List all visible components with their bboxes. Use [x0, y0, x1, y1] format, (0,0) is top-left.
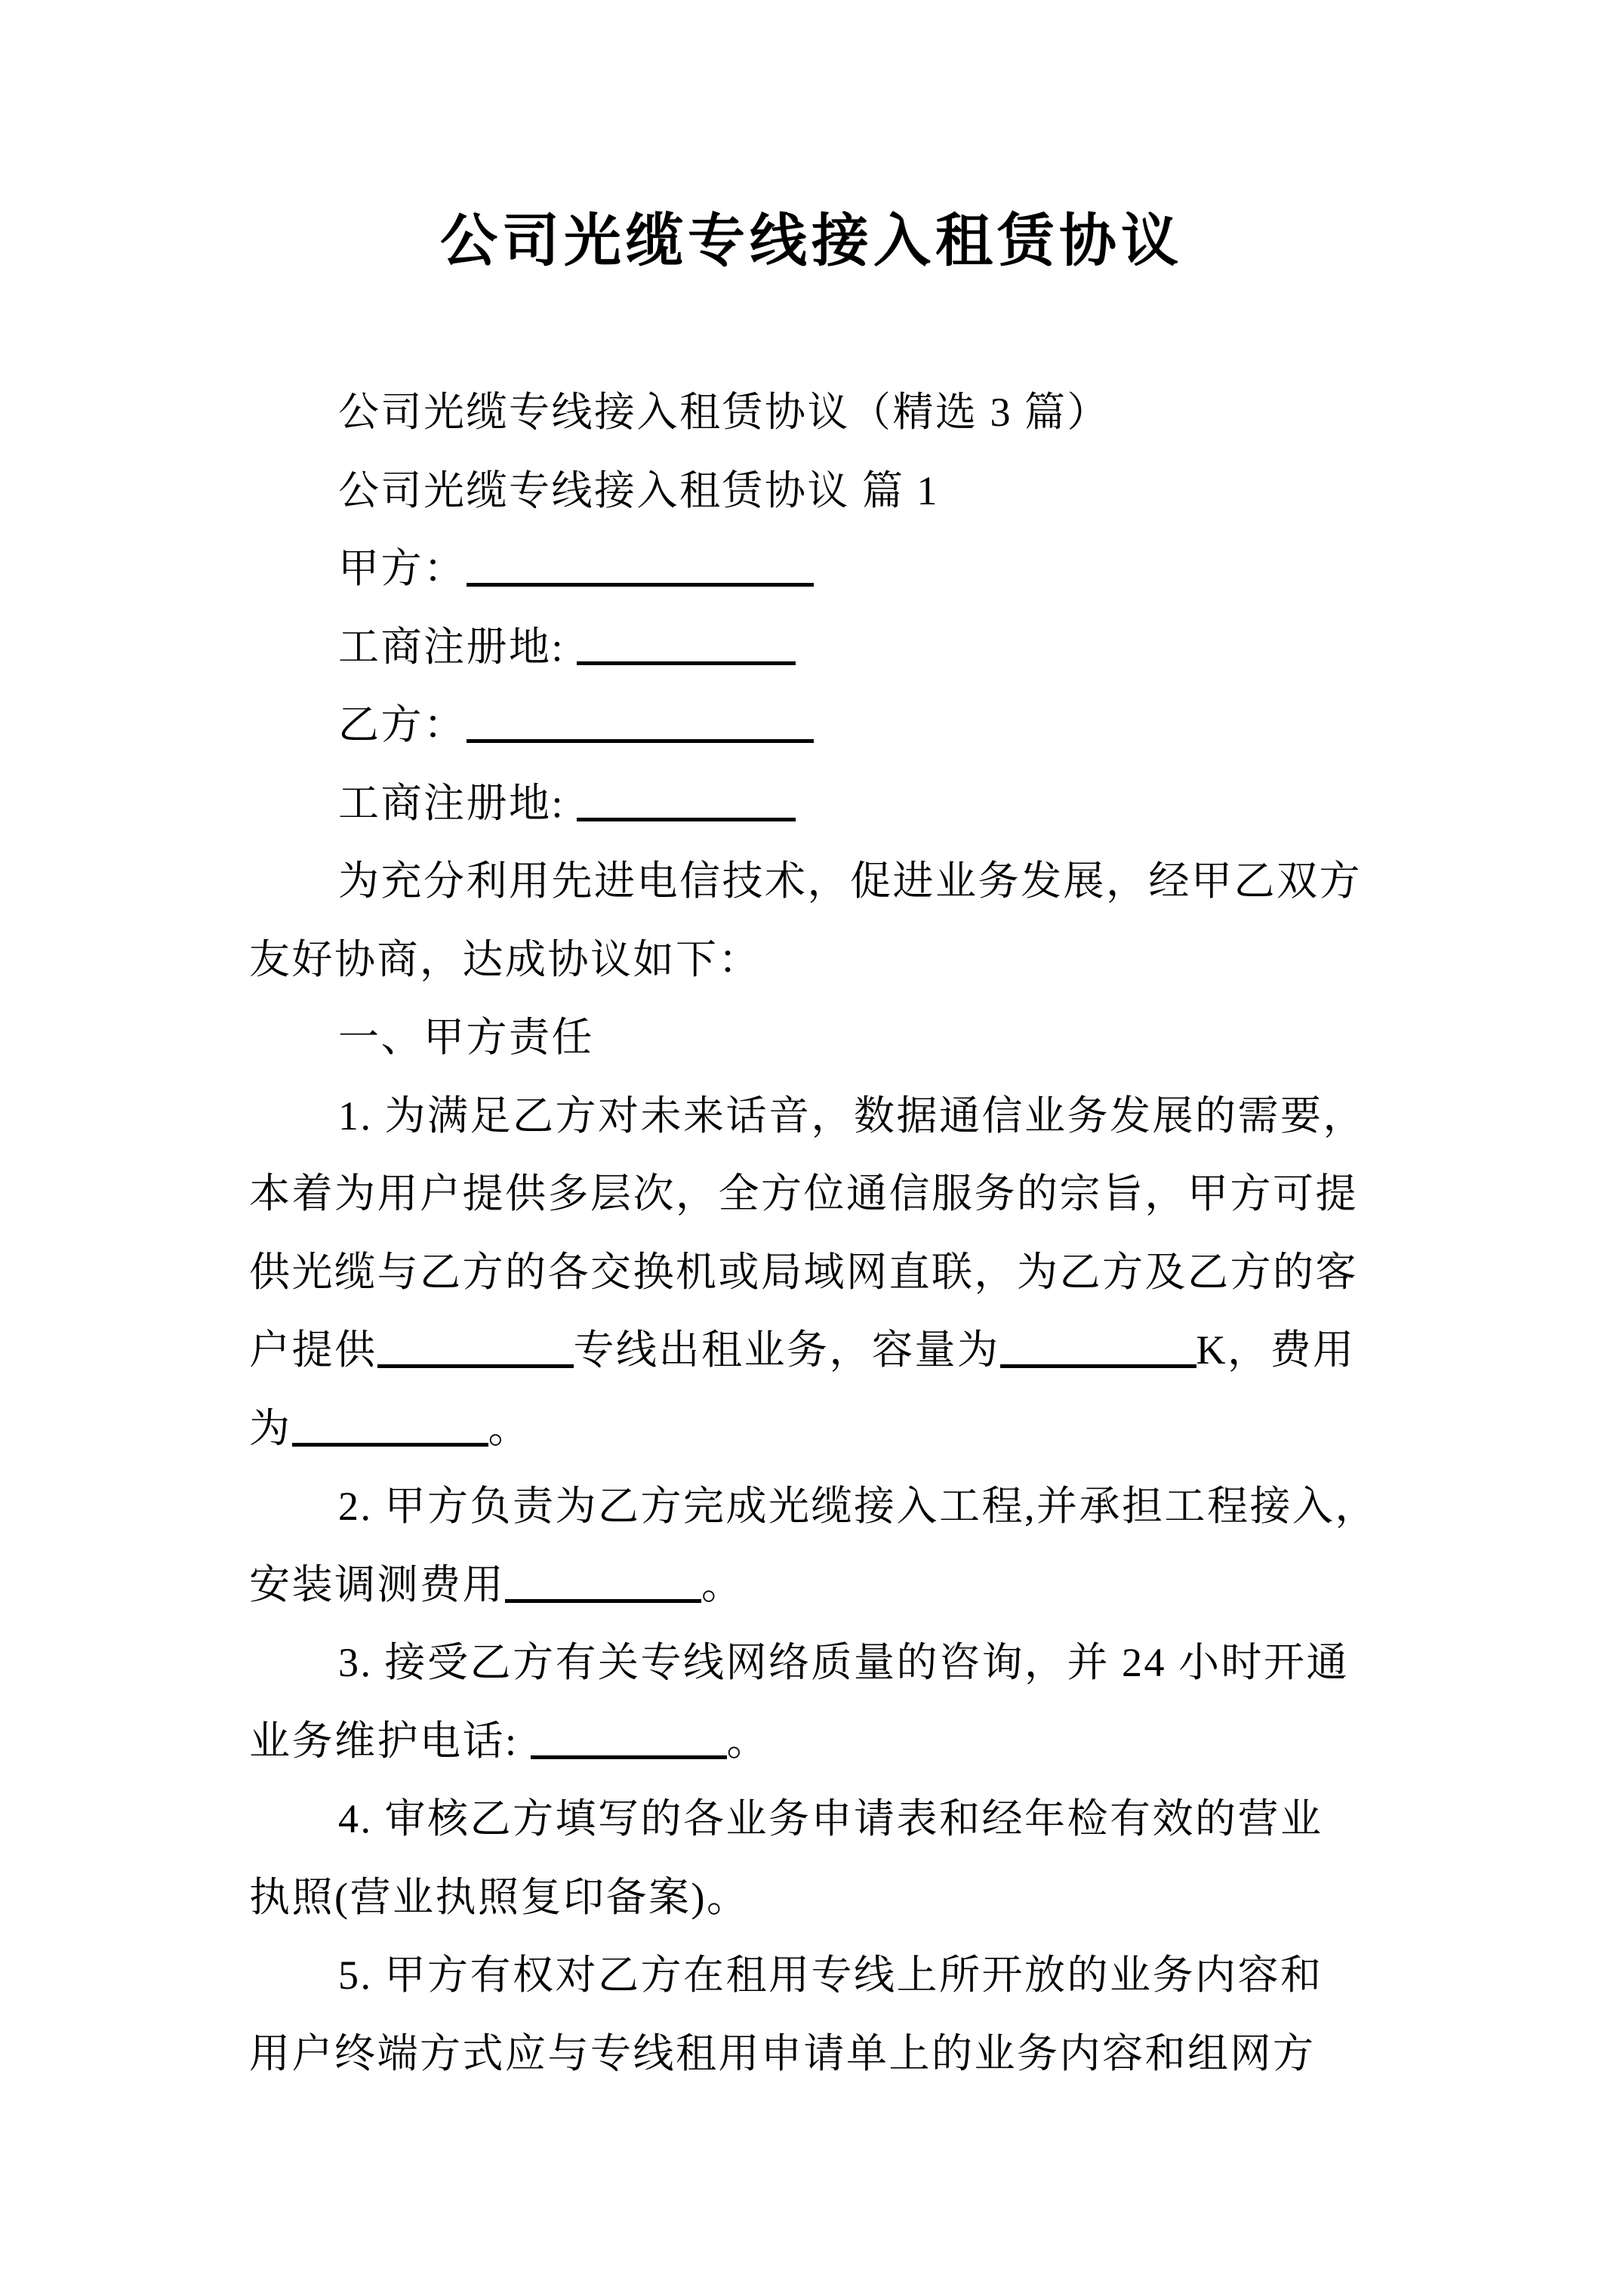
line-text: 友好协商，达成协议如下：: [249, 937, 761, 982]
text-line: 3. 接受乙方有关专线网络质量的咨询，并 24 小时开通: [249, 1624, 1412, 1703]
page-title: 公司光缆专线接入租赁协议: [0, 0, 1623, 302]
line-text: 为充分利用先进电信技术，促进业务发展，经甲乙双方: [338, 858, 1362, 904]
text-line: 公司光缆专线接入租赁协议 篇 1: [249, 452, 1412, 531]
line-text: 2. 甲方负责为乙方完成光缆接入工程,并承担工程接入，: [338, 1484, 1378, 1529]
line-text: 公司光缆专线接入租赁协议（精选 3 篇）: [338, 390, 1110, 435]
text-line: 公司光缆专线接入租赁协议（精选 3 篇）: [249, 374, 1412, 452]
fill-in-blank: [577, 661, 796, 665]
fill-in-blank: [577, 818, 796, 821]
line-text: 一、甲方责任: [338, 1015, 594, 1060]
text-line: 乙方：: [249, 686, 1412, 765]
text-line: 业务维护电话: 。: [249, 1703, 1412, 1781]
text-line: 户提供专线出租业务，容量为K，费用: [249, 1311, 1412, 1390]
text-line: 为。: [249, 1390, 1412, 1469]
line-text: 5. 甲方有权对乙方在租用专线上所开放的业务内容和: [338, 1952, 1323, 1998]
text-line: 用户终端方式应与专线租用申请单上的业务内容和组网方: [249, 2015, 1412, 2094]
line-text: 执照(营业执照复印备案)。: [249, 1875, 749, 1920]
text-line: 1. 为满足乙方对未来话音，数据通信业务发展的需要，: [249, 1077, 1412, 1156]
fill-in-blank: [505, 1599, 701, 1603]
fill-in-blank: [467, 739, 814, 743]
line-text: 。: [701, 1562, 744, 1607]
text-line: 工商注册地:: [249, 765, 1412, 843]
fill-in-blank: [531, 1755, 727, 1759]
line-text: 用户终端方式应与专线租用申请单上的业务内容和组网方: [249, 2031, 1316, 2076]
fill-in-blank: [467, 583, 814, 587]
text-line: 安装调测费用。: [249, 1546, 1412, 1625]
fill-in-blank: [377, 1364, 574, 1368]
text-line: 为充分利用先进电信技术，促进业务发展，经甲乙双方: [249, 843, 1412, 921]
line-text: 业务维护电话:: [249, 1718, 531, 1764]
line-text: 公司光缆专线接入租赁协议 篇 1: [338, 468, 939, 513]
line-text: 。: [727, 1718, 770, 1764]
text-line: 供光缆与乙方的各交换机或局域网直联，为乙方及乙方的客: [249, 1234, 1412, 1312]
document-page: 公司光缆专线接入租赁协议 公司光缆专线接入租赁协议（精选 3 篇）公司光缆专线接…: [0, 0, 1623, 2296]
line-text: 安装调测费用: [249, 1562, 505, 1607]
text-line: 执照(营业执照复印备案)。: [249, 1859, 1412, 1937]
fill-in-blank: [1000, 1364, 1196, 1368]
line-text: K，费用: [1196, 1327, 1356, 1373]
line-text: 本着为用户提供多层次，全方位通信服务的宗旨，甲方可提: [249, 1171, 1358, 1216]
document-body: 公司光缆专线接入租赁协议（精选 3 篇）公司光缆专线接入租赁协议 篇 1甲方：工…: [0, 302, 1623, 2093]
line-text: 1. 为满足乙方对未来话音，数据通信业务发展的需要，: [338, 1093, 1366, 1139]
line-text: 4. 审核乙方填写的各业务申请表和经年检有效的营业: [338, 1796, 1323, 1841]
line-text: 供光缆与乙方的各交换机或局域网直联，为乙方及乙方的客: [249, 1250, 1358, 1295]
line-text: 专线出租业务，容量为: [574, 1327, 1000, 1373]
text-line: 甲方：: [249, 530, 1412, 609]
line-text: 工商注册地:: [338, 624, 577, 670]
text-line: 一、甲方责任: [249, 999, 1412, 1077]
line-text: 3. 接受乙方有关专线网络质量的咨询，并 24 小时开通: [338, 1640, 1349, 1685]
line-text: 为: [249, 1406, 292, 1451]
line-text: 户提供: [249, 1327, 377, 1373]
text-line: 工商注册地:: [249, 609, 1412, 687]
line-text: 工商注册地:: [338, 781, 577, 826]
line-text: 。: [488, 1406, 531, 1451]
line-text: 乙方：: [338, 702, 467, 747]
text-line: 友好协商，达成协议如下：: [249, 921, 1412, 1000]
text-line: 2. 甲方负责为乙方完成光缆接入工程,并承担工程接入，: [249, 1468, 1412, 1546]
line-text: 甲方：: [338, 546, 467, 591]
text-line: 4. 审核乙方填写的各业务申请表和经年检有效的营业: [249, 1780, 1412, 1859]
text-line: 5. 甲方有权对乙方在租用专线上所开放的业务内容和: [249, 1937, 1412, 2015]
fill-in-blank: [292, 1443, 488, 1447]
text-line: 本着为用户提供多层次，全方位通信服务的宗旨，甲方可提: [249, 1155, 1412, 1234]
